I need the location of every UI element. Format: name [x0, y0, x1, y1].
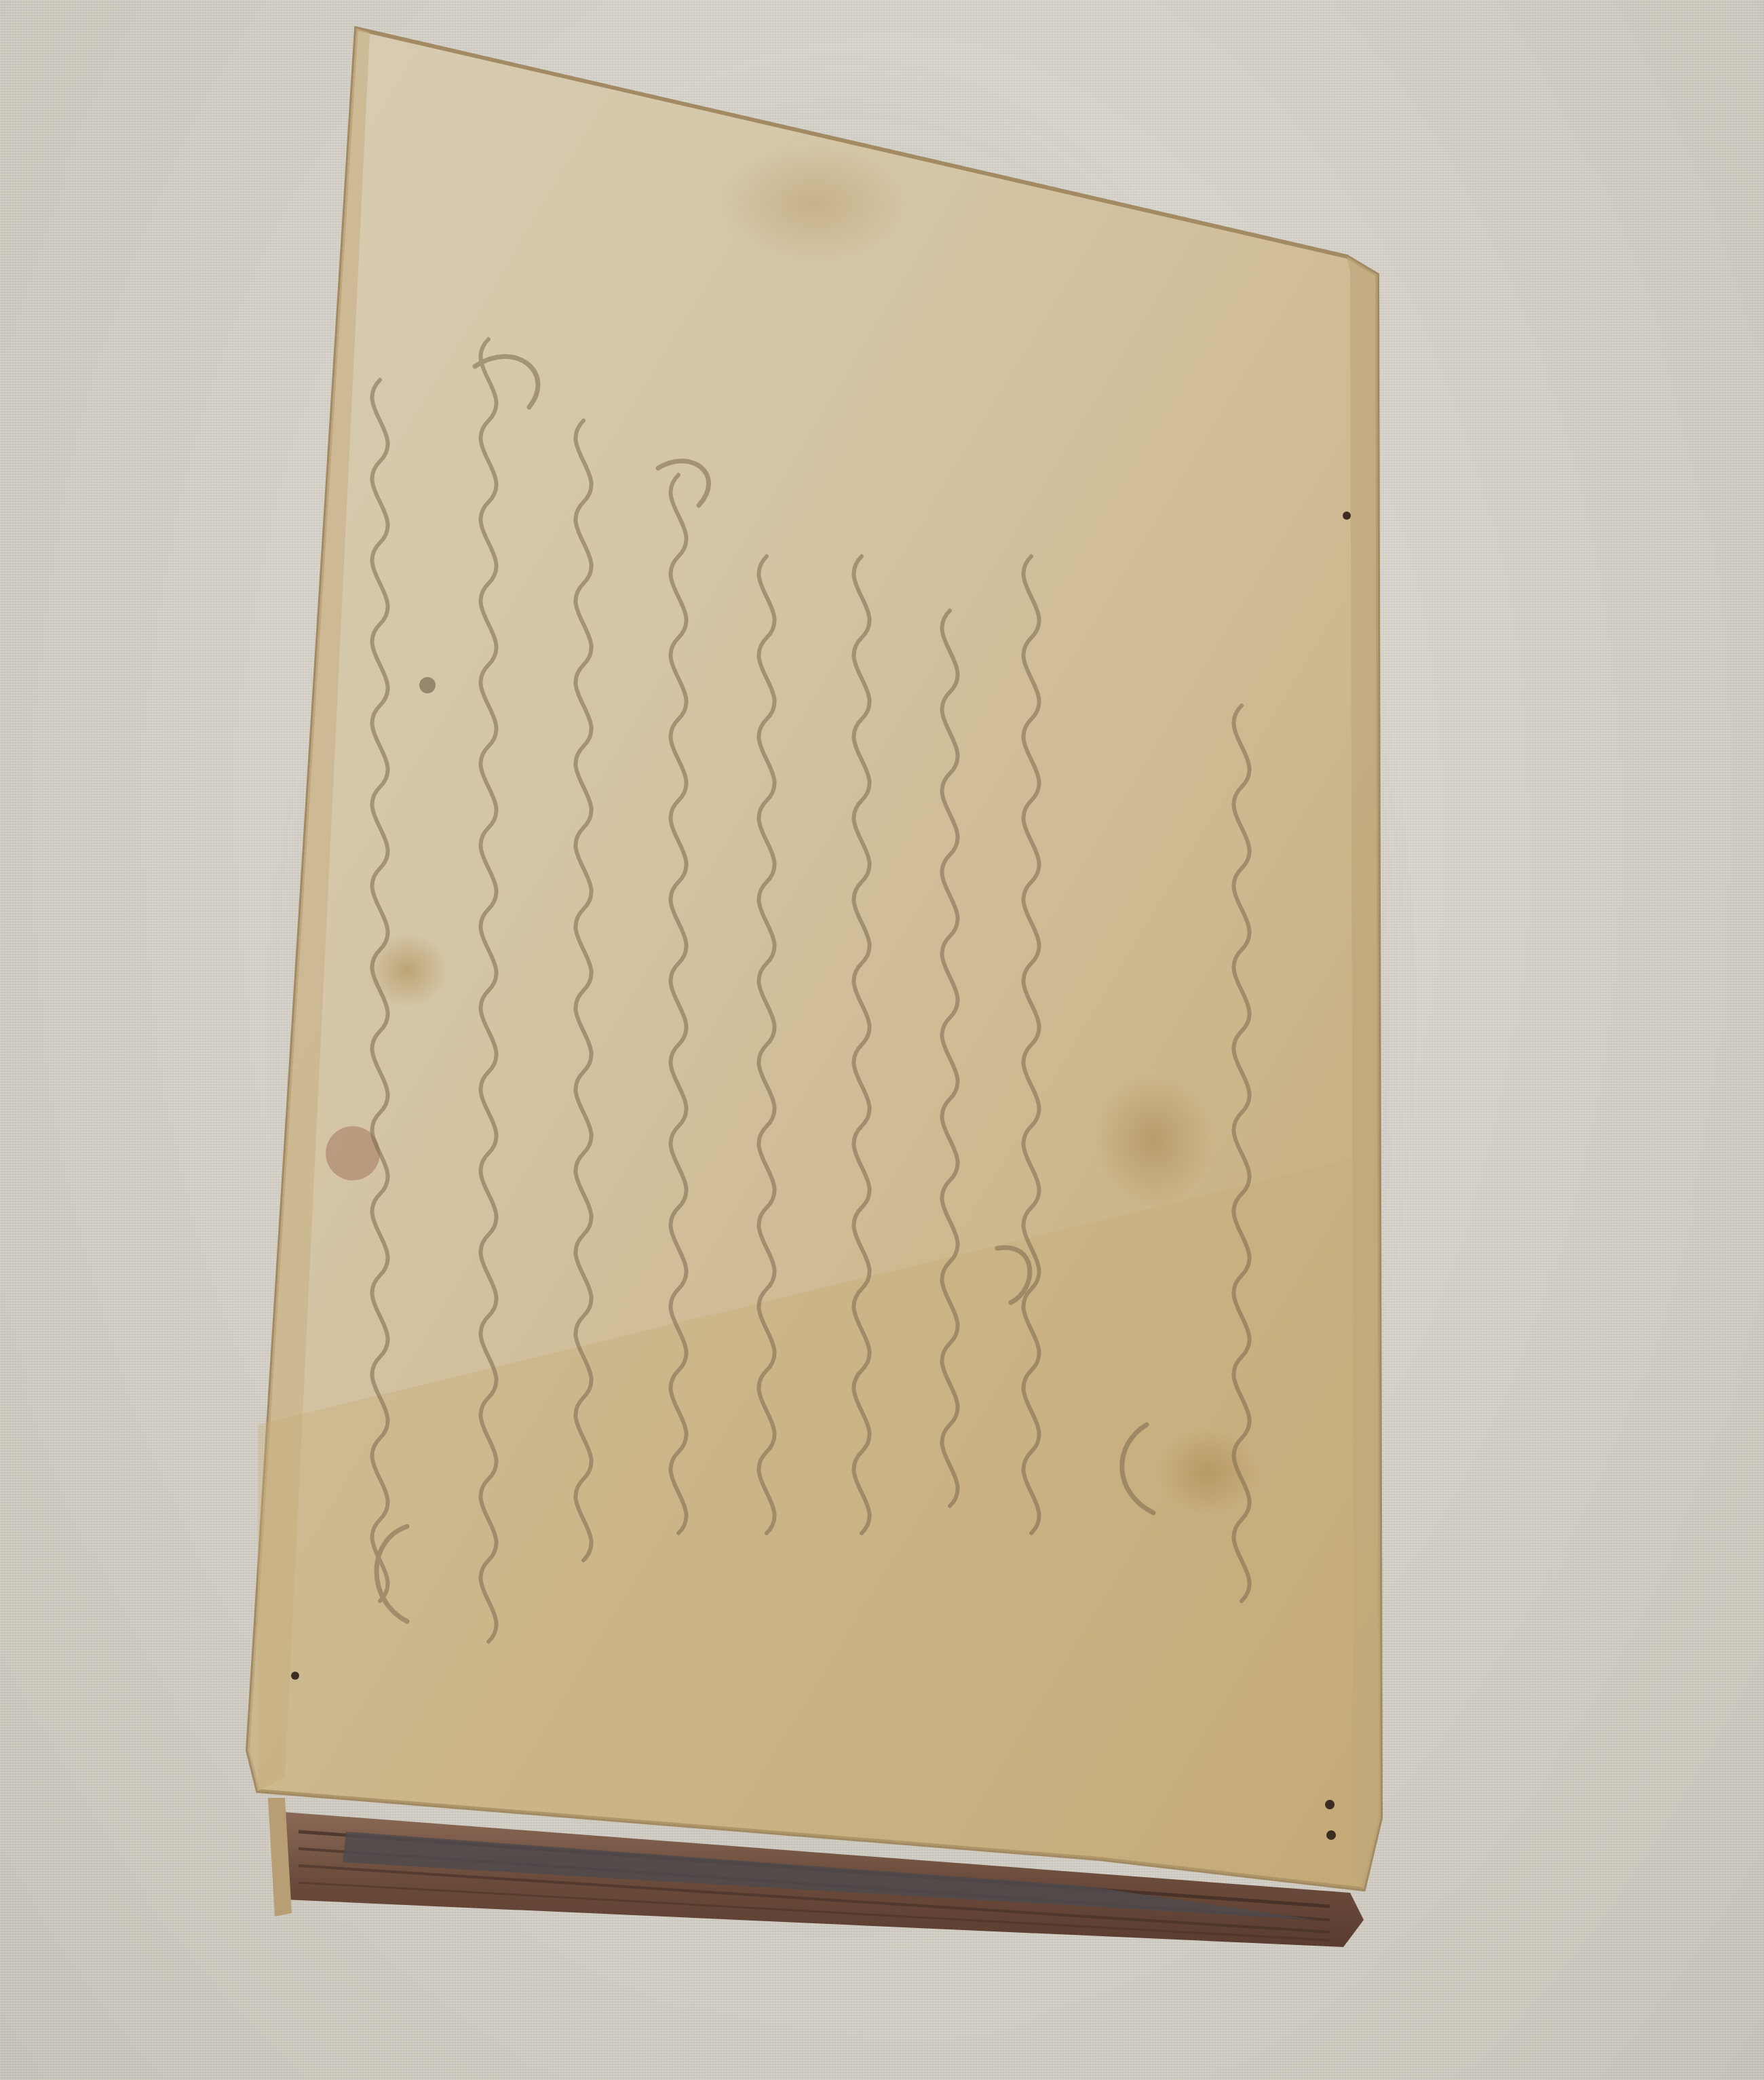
vellum-cover	[248, 28, 1381, 1889]
vellum-book	[0, 0, 1764, 2080]
photo-scene	[0, 0, 1764, 2080]
